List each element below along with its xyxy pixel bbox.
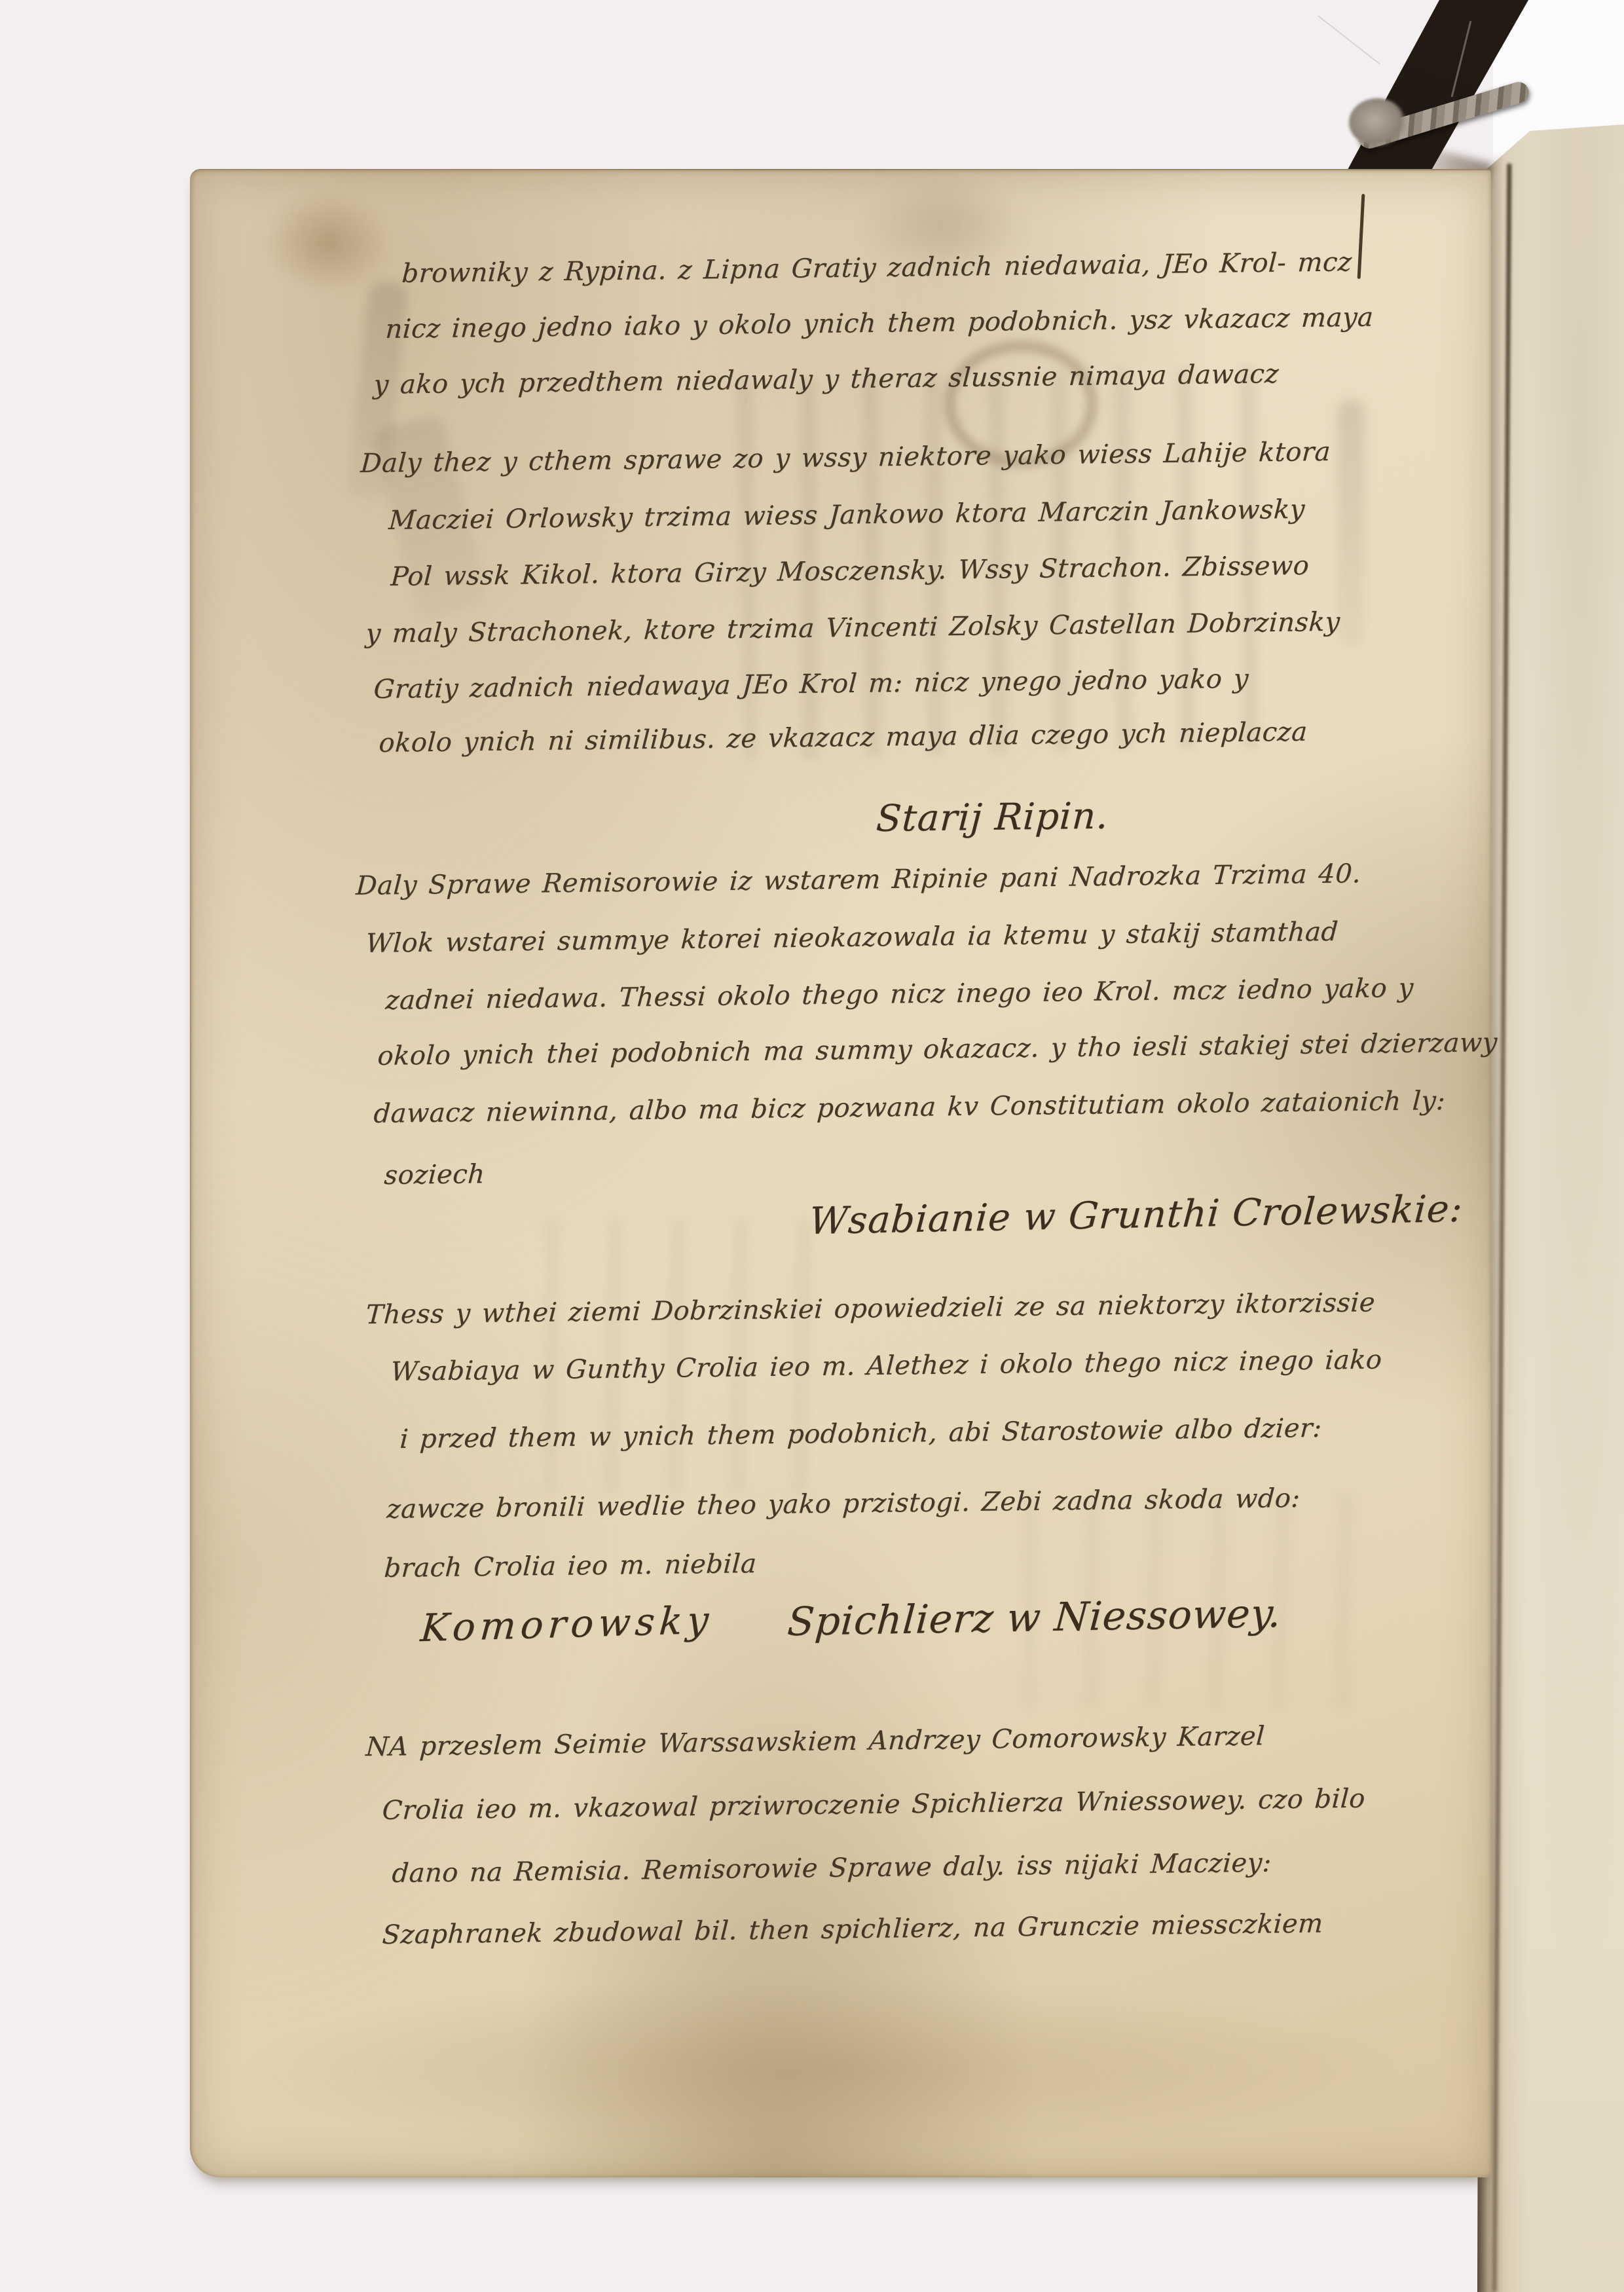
- margin-note-komorowsky: Komorowsky: [419, 1598, 715, 1651]
- manuscript-line: Thess y wthei ziemi Dobrzinskiei opowied…: [365, 1287, 1376, 1330]
- manuscript-line: dano na Remisia. Remisorowie Sprawe daly…: [391, 1848, 1272, 1889]
- manuscript-line: y ako ych przedthem niedawaly y theraz s…: [373, 359, 1280, 400]
- manuscript-line: Szaphranek zbudowal bil. then spichlierz…: [381, 1908, 1324, 1950]
- manuscript-line: y maly Strachonek, ktore trzima Vincenti…: [365, 607, 1340, 649]
- manuscript-line: zawcze bronili wedlie theo yako przistog…: [386, 1483, 1301, 1525]
- handwriting-layer: browniky z Rypina. z Lipna Gratiy zadnic…: [0, 0, 1624, 2292]
- manuscript-line: NA przeslem Seimie Warssawskiem Andrzey …: [365, 1721, 1265, 1762]
- manuscript-line: okolo ynich ni similibus. ze vkazacz may…: [378, 717, 1308, 758]
- manuscript-line: browniky z Rypina. z Lipna Gratiy zadnic…: [401, 247, 1352, 289]
- manuscript-line: Daly thez y cthem sprawe zo y wssy niekt…: [360, 437, 1331, 479]
- manuscript-line: Macziei Orlowsky trzima wiess Jankowo kt…: [388, 494, 1306, 536]
- section-heading-stary-rypin: Starij Ripin.: [875, 795, 1110, 840]
- ink-stroke: [1357, 194, 1365, 279]
- section-heading-wsabianie: Wsabianie w Grunthi Crolewskie:: [807, 1187, 1464, 1243]
- manuscript-line: Crolia ieo m. vkazowal prziwroczenie Spi…: [381, 1784, 1366, 1826]
- manuscript-line: Pol wssk Kikol. ktora Girzy Mosczensky. …: [390, 551, 1310, 592]
- manuscript-line: zadnei niedawa. Thessi okolo thego nicz …: [384, 973, 1414, 1016]
- manuscript-line: i przed them w ynich them podobnich, abi…: [399, 1413, 1323, 1454]
- manuscript-line: brach Crolia ieo m. niebila: [383, 1549, 757, 1583]
- manuscript-line: Wsabiaya w Gunthy Crolia ieo m. Alethez …: [390, 1345, 1382, 1388]
- manuscript-line: Daly Sprawe Remisorowie iz wstarem Ripin…: [355, 859, 1361, 901]
- section-heading-spichlerz: Spichlierz w Niessowey.: [786, 1591, 1283, 1645]
- manuscript-line: Wlok wstarei summye ktorei nieokazowala …: [365, 917, 1339, 959]
- manuscript-line: Gratiy zadnich niedawaya JEo Krol m: nic…: [373, 664, 1249, 705]
- manuscript-scan: browniky z Rypina. z Lipna Gratiy zadnic…: [0, 0, 1624, 2292]
- manuscript-line: nicz inego jedno iako y okolo ynich them…: [384, 303, 1374, 344]
- manuscript-line: soziech: [383, 1159, 485, 1191]
- manuscript-line: okolo ynich thei podobnich ma summy okaz…: [377, 1027, 1498, 1071]
- manuscript-line: dawacz niewinna, albo ma bicz pozwana kv…: [373, 1086, 1446, 1129]
